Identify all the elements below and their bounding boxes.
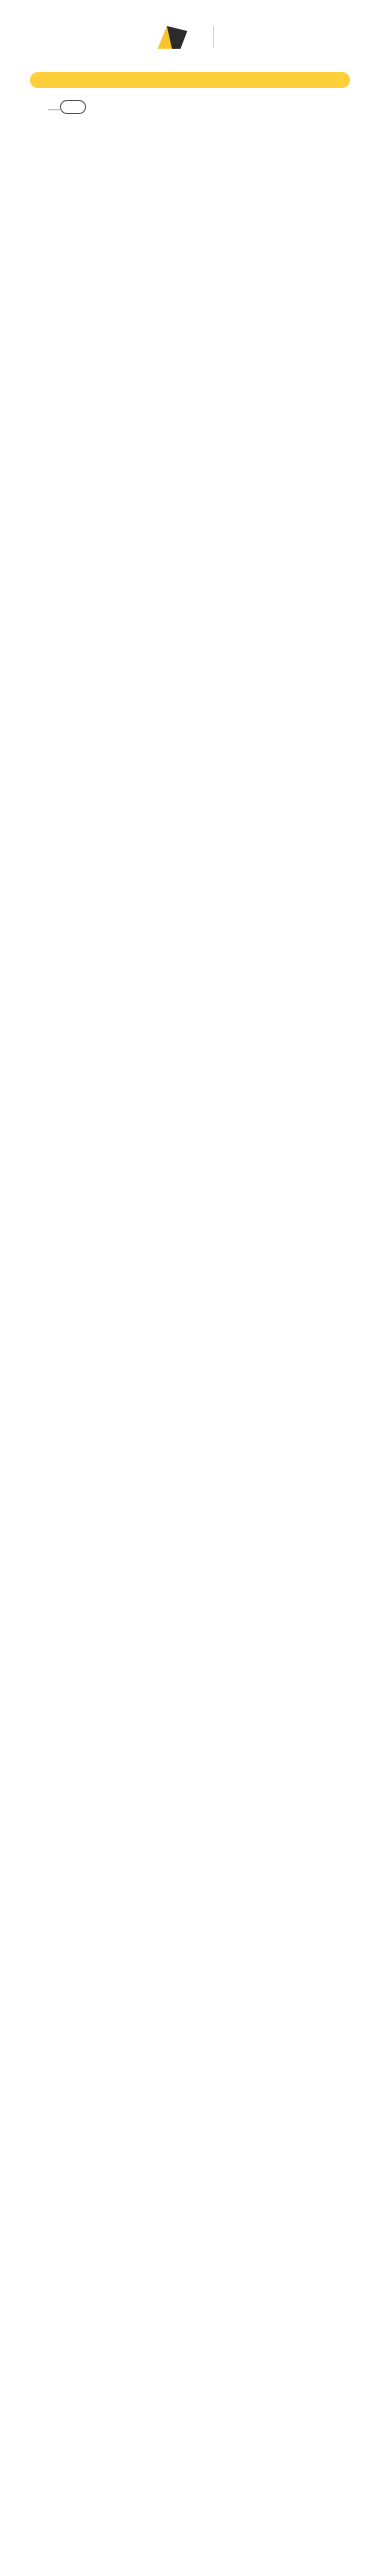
root-note-row xyxy=(60,100,380,119)
root-note xyxy=(60,100,86,114)
brand-header xyxy=(0,0,380,52)
mindmap-tree xyxy=(0,88,380,119)
brand-divider xyxy=(213,26,214,48)
fanshu-logo-icon xyxy=(155,22,189,52)
mindmap-poster xyxy=(0,0,380,2560)
page-title xyxy=(30,72,350,88)
